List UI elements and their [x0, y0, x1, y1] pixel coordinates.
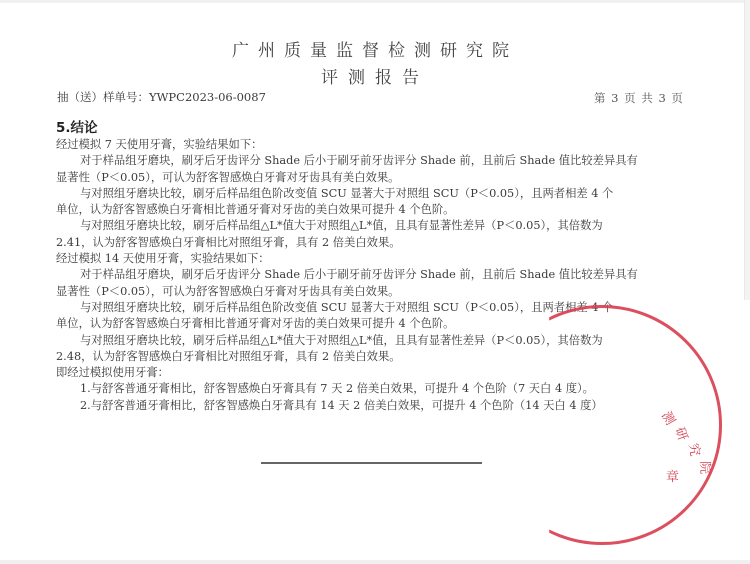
paragraph: 经过模拟 7 天使用牙膏，实验结果如下：	[56, 137, 696, 153]
seal-char: 章	[666, 466, 679, 485]
sample-number-value: YWPC2023-06-0087	[149, 90, 266, 104]
paragraph: 显著性（P＜0.05），可认为舒客智感焕白牙膏对牙齿具有美白效果。	[56, 170, 696, 186]
page-indicator: 第 3 页 共 3 页	[594, 90, 684, 106]
sample-number: 抽（送）样单号：YWPC2023-06-0087	[57, 89, 266, 105]
sample-number-label: 抽（送）样单号：	[57, 90, 149, 104]
page-edge-top	[0, 0, 750, 3]
paragraph: 对于样品组牙磨块，刷牙后牙齿评分 Shade 后小于刷牙前牙齿评分 Shade …	[56, 267, 696, 283]
paragraph: 经过模拟 14 天使用牙膏，实验结果如下：	[56, 251, 696, 267]
page-edge-bottom	[0, 560, 750, 564]
seal-char: 院	[697, 461, 716, 475]
signature-line	[261, 462, 482, 464]
report-title: 评测报告	[0, 63, 750, 88]
paragraph: 单位，认为舒客智感焕白牙膏相比普通牙膏对牙齿的美白效果可提升 4 个色阶。	[56, 202, 696, 218]
seal-edge-mask	[740, 300, 750, 560]
paragraph: 与对照组牙磨块比较，刷牙后样品组△L*值大于对照组△L*值，且具有显著性差异（P…	[56, 218, 696, 234]
section-heading: 5.结论	[56, 116, 98, 136]
paragraph: 2.41，认为舒客智感焕白牙膏相比对照组牙膏，具有 2 倍美白效果。	[56, 235, 696, 251]
organization-title: 广州质量监督检测研究院	[0, 36, 750, 61]
paragraph: 显著性（P＜0.05），可认为舒客智感焕白牙膏对牙齿具有美白效果。	[56, 284, 696, 300]
paragraph: 对于样品组牙磨块，刷牙后牙齿评分 Shade 后小于刷牙前牙齿评分 Shade …	[56, 153, 696, 169]
paragraph: 与对照组牙磨块比较，刷牙后样品组色阶改变值 SCU 显著大于对照组 SCU（P＜…	[56, 186, 696, 202]
